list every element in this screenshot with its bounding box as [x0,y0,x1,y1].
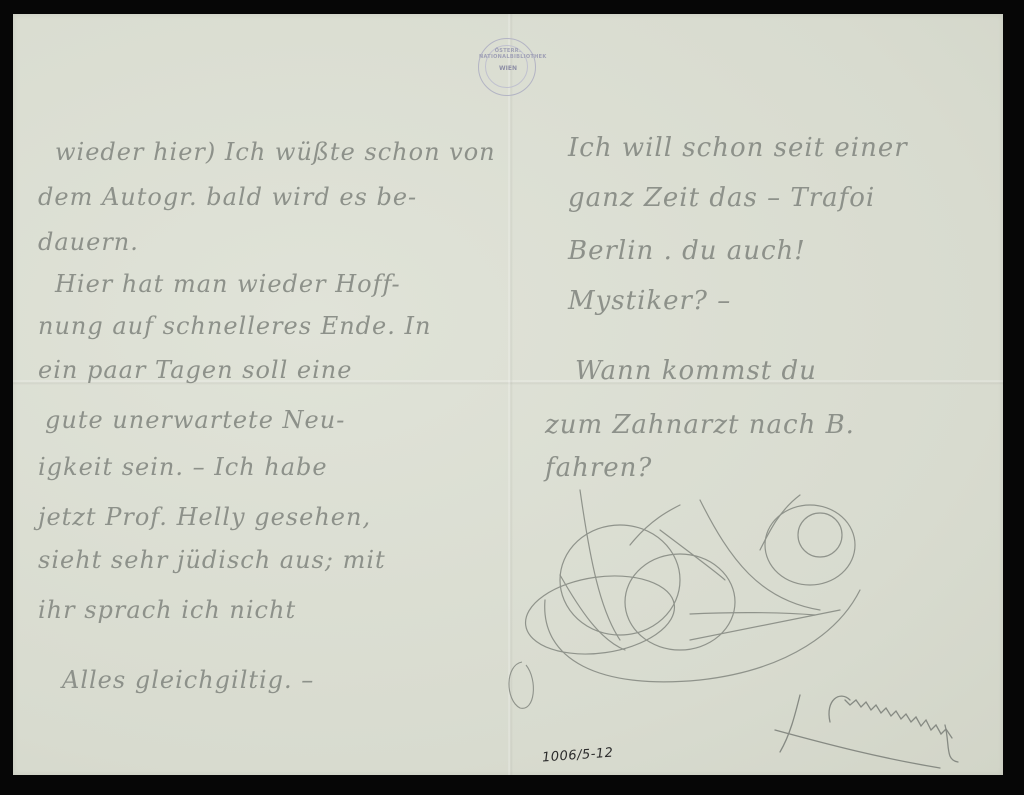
pencil-drawings [0,0,1024,795]
stray-loop-mark [509,662,533,708]
signature [775,695,958,768]
scribble-drawing [520,490,860,682]
